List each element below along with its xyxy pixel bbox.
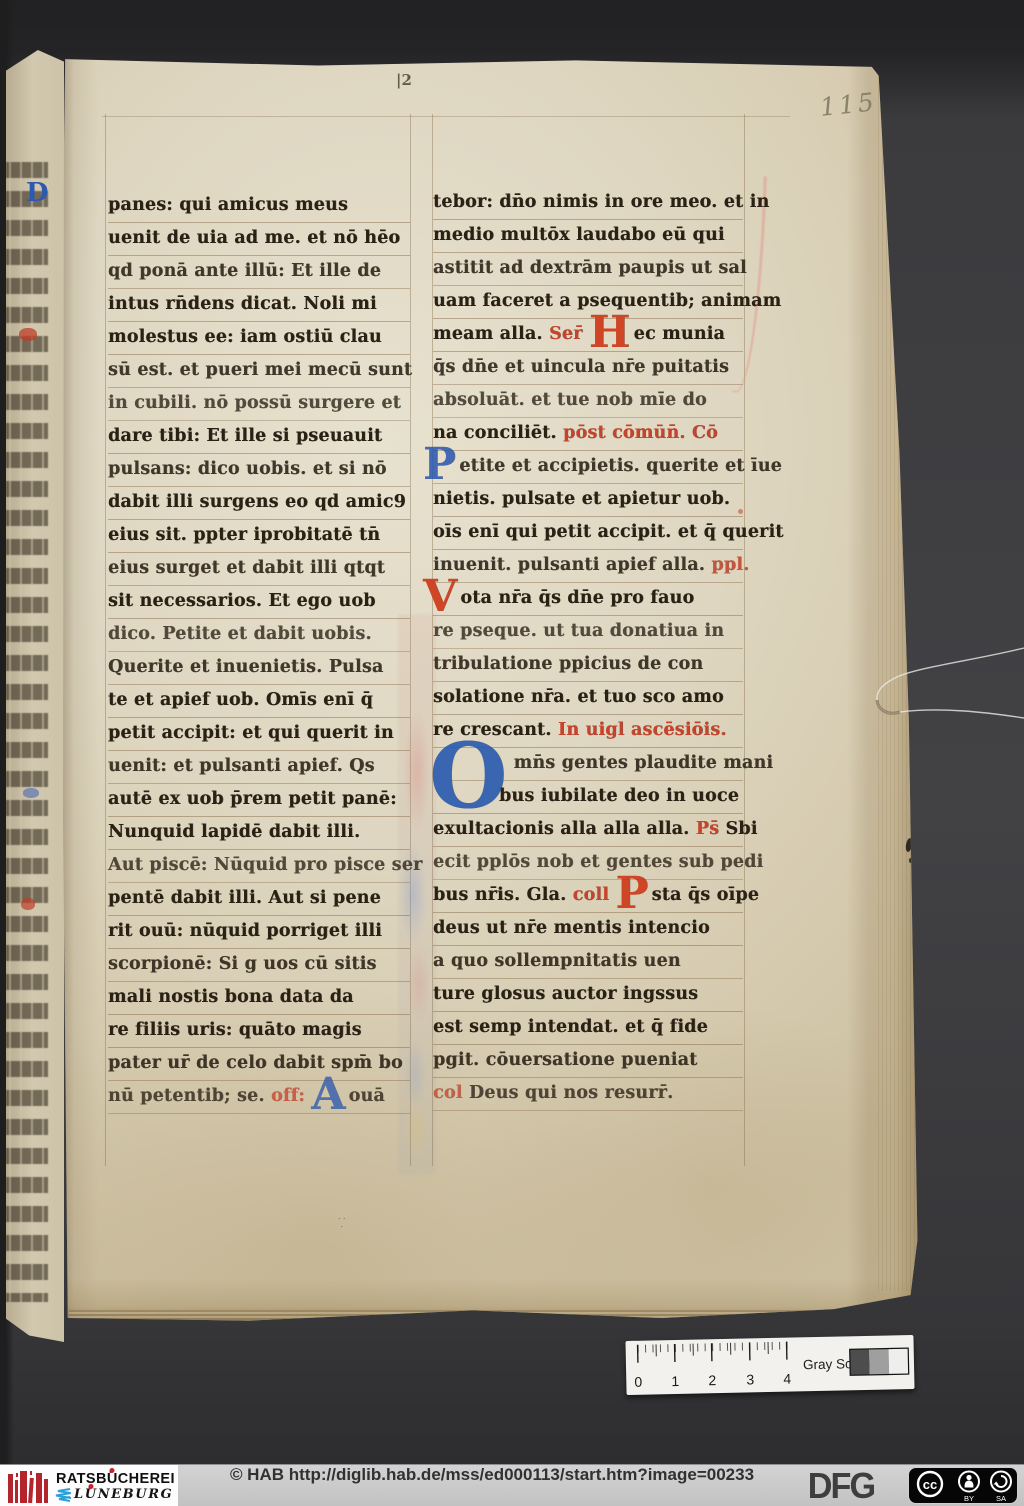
manuscript-line: deus ut nr̄e mentis intencio xyxy=(433,912,743,945)
manuscript-line: Aut piscē: Nūquid pro pisce ser xyxy=(108,849,410,882)
manuscript-text: pater ur̄ de celo dabit spm̄ bo xyxy=(108,1053,403,1073)
manuscript-text: autē ex uob p̄rem petit panē: xyxy=(108,789,397,809)
manuscript-text: in cubili. nō possū surgere et xyxy=(108,393,401,413)
parchment-hole xyxy=(909,858,912,863)
manuscript-initial: O xyxy=(429,745,508,807)
gray-scale-ruler: 0 1 2 3 4 Gray Scale xyxy=(625,1335,914,1395)
manuscript-line: dare tibi: Et ille si pseuauit xyxy=(108,420,410,453)
manuscript-text: oīs enī qui petit accipit. et q̄ querit xyxy=(433,522,784,542)
manuscript-line: q̄s dn̄e et uincula nr̄e puitatis xyxy=(433,351,743,384)
attribution-footer: RATSBUCHEREI LUNEBURG © HAB http://digli… xyxy=(0,1464,1024,1506)
manuscript-text: dare tibi: Et ille si pseuauit xyxy=(108,426,382,446)
manuscript-text: re filiis uris: quāto magis xyxy=(108,1020,362,1040)
manuscript-text: petit accipit: et qui querit in xyxy=(108,723,394,743)
manuscript-text: molestus ee: iam ostiū clau xyxy=(108,327,382,347)
manuscript-initial: P xyxy=(423,450,456,480)
manuscript-text: mn̄s gentes plaudite mani xyxy=(514,753,774,773)
ruler-number-1: 1 xyxy=(671,1373,679,1389)
manuscript-line: tebor: dn̄o nimis in ore meo. et in xyxy=(433,186,743,219)
manuscript-text: ouā xyxy=(349,1086,385,1106)
manuscript-text: meam alla. xyxy=(433,324,549,344)
manuscript-text: Sbi xyxy=(725,819,757,839)
manuscript-text: panes: qui amicus meus xyxy=(108,195,348,215)
manuscript-line: in cubili. nō possū surgere et xyxy=(108,387,410,420)
manuscript-text: nū petentib; se. xyxy=(108,1086,271,1106)
waves-icon xyxy=(50,1487,72,1502)
manuscript-text: sū est. et pueri mei mecū sunt xyxy=(108,360,412,380)
manuscript-text: nietis. pulsate et apietur uob. xyxy=(433,489,730,509)
manuscript-line: mali nostis bona data da xyxy=(108,981,410,1014)
manuscript-text: col xyxy=(433,1083,469,1103)
gray-swatch-dark xyxy=(850,1349,870,1375)
manuscript-text: absoluāt. et tue nob mīe do xyxy=(433,390,707,410)
manuscript-text: tebor: dn̄o nimis in ore meo. et in xyxy=(433,192,769,212)
facing-page-edge: D xyxy=(6,50,64,1342)
library-name-line1: RATSBUCHEREI xyxy=(56,1471,175,1487)
manuscript-text: rit ouū: nūquid porriget illi xyxy=(108,921,382,941)
facing-page-red-initial xyxy=(19,328,37,341)
manuscript-line: autē ex uob p̄rem petit panē: xyxy=(108,783,410,816)
manuscript-text: sit necessarios. Et ego uob xyxy=(108,591,376,611)
gray-swatch-light xyxy=(889,1348,909,1374)
manuscript-text: coll xyxy=(573,885,616,905)
manuscript-initial: H xyxy=(589,318,631,348)
manuscript-photo: D panes: qui amicus meusuenit de uia ad … xyxy=(0,0,1024,1464)
manuscript-text: pōst cōmūn̄. Cō xyxy=(563,423,718,443)
manuscript-line: absoluāt. et tue nob mīe do xyxy=(433,384,743,417)
library-name-part: CHEREI xyxy=(118,1471,175,1487)
manuscript-line: est semp intendat. et q̄ fide xyxy=(433,1011,743,1044)
manuscript-text: astitit ad dextrām paupis ut sal xyxy=(433,258,747,278)
facing-page-blue-initial xyxy=(23,788,39,798)
manuscript-line: pater ur̄ de celo dabit spm̄ bo xyxy=(108,1047,410,1080)
manuscript-line: sit necessarios. Et ego uob xyxy=(108,585,410,618)
manuscript-text: dabit illi surgens eo qd amic9 xyxy=(108,492,406,512)
manuscript-text: etite et accipietis. querite et īue xyxy=(459,456,782,476)
manuscript-text: ota nr̄a q̄s dn̄e pro fauo xyxy=(460,588,694,608)
manuscript-line: dico. Petite et dabit uobis. xyxy=(108,618,410,651)
manuscript-text: medio multōx laudabo eū qui xyxy=(433,225,725,245)
manuscript-line: ture glosus auctor ingssus xyxy=(433,978,743,1011)
library-name-part: L xyxy=(74,1487,85,1502)
manuscript-text: Nunquid lapidē dabit illi. xyxy=(108,822,360,842)
manuscript-text: qd ponā ante illū: Et ille de xyxy=(108,261,381,281)
manuscript-line: petit accipit: et qui querit in xyxy=(108,717,410,750)
cc-license-icons: cc BY SA xyxy=(909,1468,1017,1503)
manuscript-text: In uigl ascēsiōis. xyxy=(558,720,727,740)
manuscript-line: eius surget et dabit illi qtqt xyxy=(108,552,410,585)
manuscript-line: oīs enī qui petit accipit. et q̄ querit xyxy=(433,516,743,549)
manuscript-text: ture glosus auctor ingssus xyxy=(433,984,698,1004)
manuscript-line: re filiis uris: quāto magis xyxy=(108,1014,410,1047)
manuscript-text: q̄s dn̄e et uincula nr̄e puitatis xyxy=(433,357,729,377)
manuscript-text: a quo sollempnitatis uen xyxy=(433,951,681,971)
manuscript-line: panes: qui amicus meus xyxy=(108,189,410,222)
manuscript-line: pgit. cōuersatione pueniat xyxy=(433,1044,743,1077)
manuscript-text: inuenit. pulsanti apief alla. xyxy=(433,555,711,575)
library-logo: RATSBUCHEREI LUNEBURG xyxy=(0,1465,178,1506)
ruling-line-left xyxy=(105,114,106,1166)
ruler-number-2: 2 xyxy=(708,1372,716,1388)
manuscript-text: solatione nr̄a. et tuo sco amo xyxy=(433,687,724,707)
manuscript-initial: V xyxy=(423,582,457,612)
manuscript-text: Ps̄ xyxy=(696,819,726,839)
folio-number: 115 xyxy=(819,87,878,122)
manuscript-text: eius surget et dabit illi qtqt xyxy=(108,558,385,578)
manuscript-text: deus ut nr̄e mentis intencio xyxy=(433,918,710,938)
manuscript-line: tribulatione ppicius de con xyxy=(433,648,743,681)
manuscript-line: pulsans: dico uobis. et si nō xyxy=(108,453,410,486)
gray-scale-card: 0 1 2 3 4 Gray Scale xyxy=(625,1335,914,1395)
manuscript-line: uenit de uia ad me. et nō hēo xyxy=(108,222,410,255)
manuscript-line: nū petentib; se. off: Aouā xyxy=(108,1080,410,1113)
manuscript-line: scorpionē: Si g uos cū sitis xyxy=(108,948,410,981)
manuscript-line: intus rn̄dens dicat. Noli mi xyxy=(108,288,410,321)
cc-license-badge: cc BY SA xyxy=(908,1467,1018,1504)
manuscript-text: bus iubilate deo in uoce xyxy=(499,786,739,806)
manuscript-line: Nunquid lapidē dabit illi. xyxy=(108,816,410,849)
manuscript-line: nietis. pulsate et apietur uob. xyxy=(433,483,743,516)
books-icon xyxy=(6,1469,50,1503)
dfg-logo: DFG xyxy=(808,1465,875,1506)
manuscript-text: ec munia xyxy=(634,324,725,344)
library-name-part: NEBURG xyxy=(98,1487,174,1502)
manuscript-line: uam faceret a psequentib; animam xyxy=(433,285,743,318)
facing-page-red-initial xyxy=(21,898,35,910)
manuscript-line: astitit ad dextrām paupis ut sal xyxy=(433,252,743,285)
manuscript-text: mali nostis bona data da xyxy=(108,987,354,1007)
ruler-number-4: 4 xyxy=(783,1371,791,1387)
manuscript-text: tribulatione ppicius de con xyxy=(433,654,703,674)
manuscript-text: off: xyxy=(271,1086,311,1106)
manuscript-text: uenit de uia ad me. et nō hēo xyxy=(108,228,400,248)
manuscript-line: Petite et accipietis. querite et īue xyxy=(433,450,743,483)
ruler-number-3: 3 xyxy=(746,1371,754,1387)
manuscript-text: ppl. xyxy=(711,555,749,575)
facing-page-initial: D xyxy=(26,178,49,208)
manuscript-line: te et apief uob. Omīs enī q̄ xyxy=(108,684,410,717)
manuscript-text: Aut piscē: Nūquid pro pisce ser xyxy=(108,855,422,875)
manuscript-line: bus nr̄is. Gla. coll Psta q̄s oīpe xyxy=(433,879,743,912)
manuscript-text: pentē dabit illi. Aut si pene xyxy=(108,888,381,908)
manuscript-text: te et apief uob. Omīs enī q̄ xyxy=(108,690,373,710)
cc-by-label: BY xyxy=(964,1494,974,1503)
manuscript-text: uenit: et pulsanti apief. Qs xyxy=(108,756,375,776)
manuscript-line: inuenit. pulsanti apief alla. ppl. xyxy=(433,549,743,582)
copyright-url-text: © HAB http://diglib.hab.de/mss/ed000113/… xyxy=(190,1465,794,1506)
library-name-line2: LUNEBURG xyxy=(74,1487,173,1502)
gray-swatch-mid xyxy=(869,1349,889,1375)
ink-dots: . . . xyxy=(338,1212,352,1228)
manuscript-text: eius sit. ppter iprobitatē tn̄ xyxy=(108,525,380,545)
cc-sa-icon xyxy=(991,1472,1011,1492)
manuscript-line: solatione nr̄a. et tuo sco amo xyxy=(433,681,743,714)
manuscript-text: Querite et inuenietis. Pulsa xyxy=(108,657,383,677)
manuscript-line: ecit pplōs nob et gentes sub pedi xyxy=(433,846,743,879)
library-name-part: RATSB xyxy=(56,1471,107,1487)
manuscript-text: re pseque. ut tua donatiua in xyxy=(433,621,724,641)
manuscript-line: meam alla. Ser̄ Hec munia xyxy=(433,318,743,351)
manuscript-text: pulsans: dico uobis. et si nō xyxy=(108,459,387,479)
manuscript-text: pgit. cōuersatione pueniat xyxy=(433,1050,697,1070)
quire-mark: |2 xyxy=(396,71,412,89)
manuscript-line: uenit: et pulsanti apief. Qs xyxy=(108,750,410,783)
manuscript-line: dabit illi surgens eo qd amic9 xyxy=(108,486,410,519)
manuscript-line: pentē dabit illi. Aut si pene xyxy=(108,882,410,915)
manuscript-line: eius sit. ppter iprobitatē tn̄ xyxy=(108,519,410,552)
manuscript-initial: A xyxy=(311,1080,345,1110)
manuscript-line: sū est. et pueri mei mecū sunt xyxy=(108,354,410,387)
top-ruling-line xyxy=(102,116,790,117)
manuscript-text: sta q̄s oīpe xyxy=(652,885,759,905)
manuscript-text: bus nr̄is. Gla. xyxy=(433,885,573,905)
text-column-left: panes: qui amicus meusuenit de uia ad me… xyxy=(108,189,410,1113)
manuscript-line: col Deus qui nos resurr̄. xyxy=(433,1077,743,1110)
library-name-umlaut-u: U xyxy=(85,1487,98,1502)
manuscript-line: Vota nr̄a q̄s dn̄e pro fauo xyxy=(433,582,743,615)
cc-by-icon xyxy=(959,1472,979,1492)
manuscript-text: scorpionē: Si g uos cū sitis xyxy=(108,954,377,974)
manuscript-initial: P xyxy=(615,879,648,909)
manuscript-line: molestus ee: iam ostiū clau xyxy=(108,321,410,354)
cc-icon-label: cc xyxy=(923,1477,937,1492)
manuscript-line: rit ouū: nūquid porriget illi xyxy=(108,915,410,948)
manuscript-line: na conciliēt. pōst cōmūn̄. Cō xyxy=(433,417,743,450)
manuscript-page: panes: qui amicus meusuenit de uia ad me… xyxy=(60,54,920,1336)
text-column-right: tebor: dn̄o nimis in ore meo. et inmedio… xyxy=(433,186,743,1110)
manuscript-line: qd ponā ante illū: Et ille de xyxy=(108,255,410,288)
manuscript-line: a quo sollempnitatis uen xyxy=(433,945,743,978)
manuscript-line: re pseque. ut tua donatiua in xyxy=(433,615,743,648)
manuscript-line: Querite et inuenietis. Pulsa xyxy=(108,651,410,684)
fore-edge-streaks xyxy=(878,73,920,1291)
manuscript-line: medio multōx laudabo eū qui xyxy=(433,219,743,252)
manuscript-text: intus rn̄dens dicat. Noli mi xyxy=(108,294,377,314)
manuscript-text: est semp intendat. et q̄ fide xyxy=(433,1017,708,1037)
manuscript-line: Omn̄s gentes plaudite mani xyxy=(433,747,743,780)
ruler-number-0: 0 xyxy=(634,1374,642,1390)
manuscript-text: Deus qui nos resurr̄. xyxy=(469,1083,673,1103)
manuscript-text: dico. Petite et dabit uobis. xyxy=(108,624,372,644)
manuscript-text: ecit pplōs nob et gentes sub pedi xyxy=(433,852,763,872)
library-name-umlaut-u: U xyxy=(107,1471,118,1487)
cc-sa-label: SA xyxy=(996,1494,1006,1503)
manuscript-text: Ser̄ xyxy=(549,324,589,344)
